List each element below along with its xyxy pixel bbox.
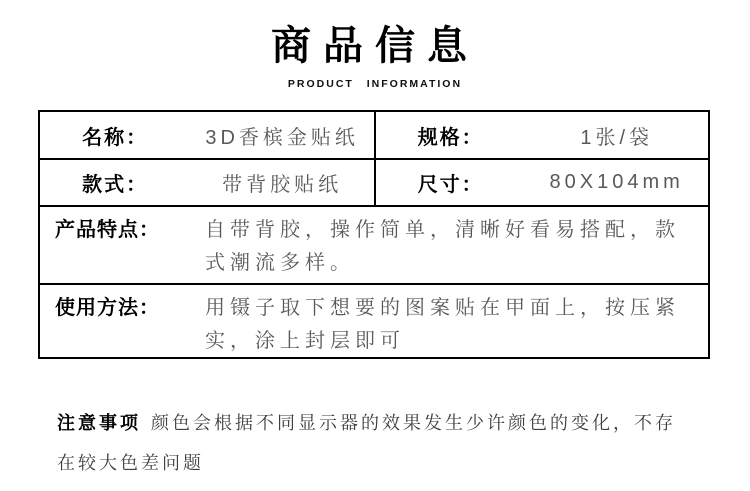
style-cell: 款式： 带背胶贴纸 <box>40 160 374 205</box>
usage-label: 使用方法： <box>55 292 205 357</box>
name-label: 名称： <box>40 121 190 150</box>
name-cell: 名称： 3D香槟金贴纸 <box>40 112 374 158</box>
table-row-name-packing: 名称： 3D香槟金贴纸 规格： 1张/袋 <box>40 112 708 160</box>
notice-paragraph: 注意事项颜色会根据不同显示器的效果发生少许颜色的变化，不存在较大色差问题 <box>57 403 688 483</box>
packing-value: 1张/袋 <box>525 121 708 150</box>
packing-label: 规格： <box>376 121 525 150</box>
features-label: 产品特点： <box>55 214 205 283</box>
table-row-features: 产品特点： 自带背胶，操作简单，清晰好看易搭配，款式潮流多样。 <box>40 207 708 285</box>
table-row-style-size: 款式： 带背胶贴纸 尺寸： 80X104mm <box>40 160 708 207</box>
notice-text: 颜色会根据不同显示器的效果发生少许颜色的变化，不存在较大色差问题 <box>57 413 676 473</box>
features-value: 自带背胶，操作简单，清晰好看易搭配，款式潮流多样。 <box>205 214 698 283</box>
page-subtitle: PRODUCT INFORMATION <box>0 78 750 91</box>
product-spec-table: 名称： 3D香槟金贴纸 规格： 1张/袋 款式： 带背胶贴纸 尺寸： 80X10… <box>38 110 710 359</box>
usage-value: 用镊子取下想要的图案贴在甲面上，按压紧实，涂上封层即可 <box>205 292 698 357</box>
product-info-page: 商品信息 PRODUCT INFORMATION 名称： 3D香槟金贴纸 规格：… <box>0 0 750 491</box>
size-value: 80X104mm <box>525 171 708 194</box>
page-title: 商品信息 <box>0 0 750 70</box>
size-cell: 尺寸： 80X104mm <box>374 160 708 205</box>
size-label: 尺寸： <box>376 168 525 197</box>
name-value: 3D香槟金贴纸 <box>190 121 374 150</box>
style-value: 带背胶贴纸 <box>190 168 374 197</box>
table-row-usage: 使用方法： 用镊子取下想要的图案贴在甲面上，按压紧实，涂上封层即可 <box>40 285 708 357</box>
style-label: 款式： <box>40 168 190 197</box>
notice-label: 注意事项 <box>57 413 141 433</box>
packing-cell: 规格： 1张/袋 <box>374 112 708 158</box>
